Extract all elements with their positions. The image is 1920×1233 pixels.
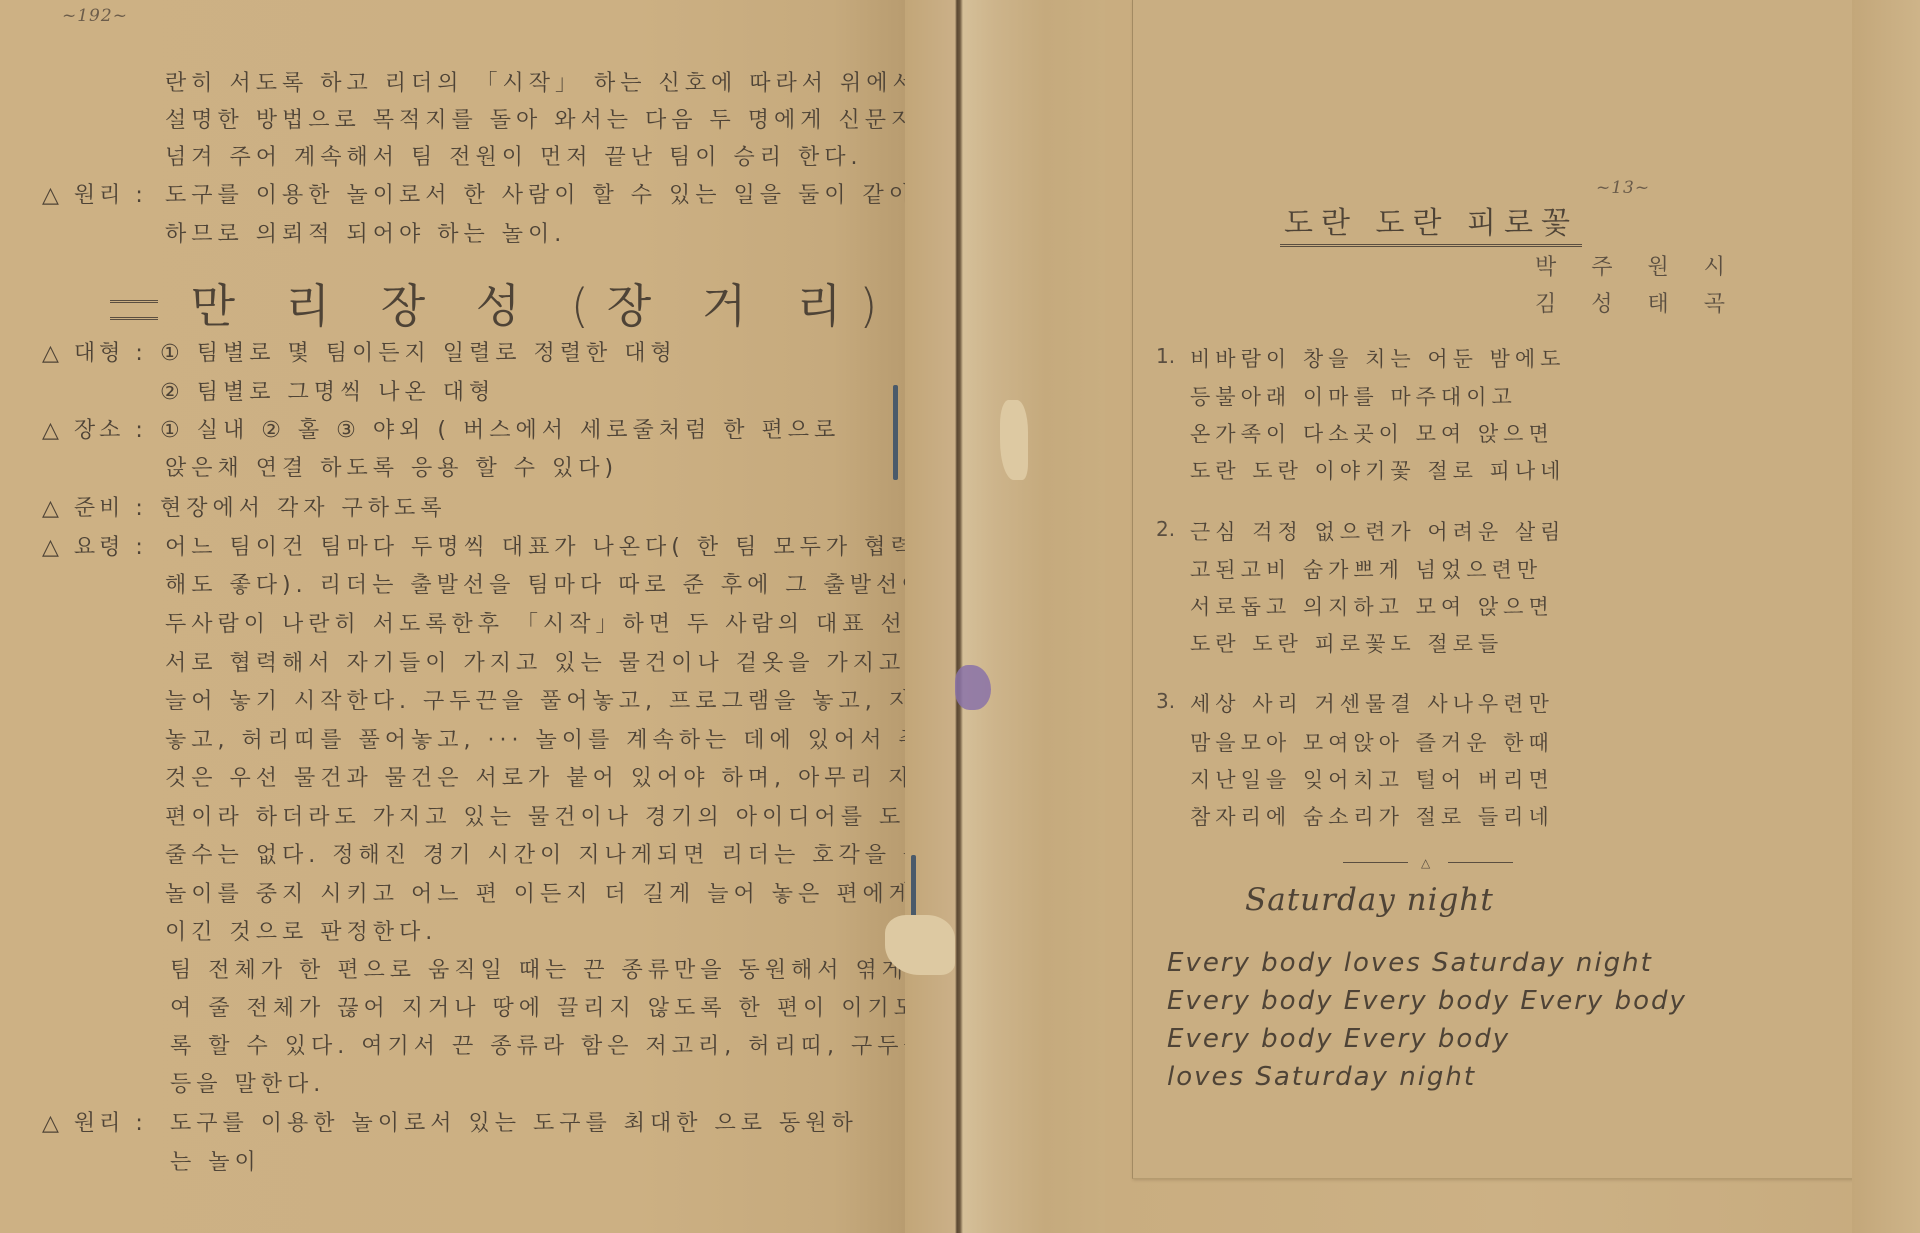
verse-number: 2. [1156,517,1175,541]
preparation-line: 현장에서 각자 구하도록 [160,491,447,522]
english-lyric-line: Every body Every body [1167,1024,1510,1054]
page-number-right: ~13~ [1596,178,1650,198]
intro-line: 란히 서도록 하고 리더의 「시작」 하는 신호에 따라서 위에서 [165,66,919,97]
verse-line: 지난일을 잊어치고 털어 버리면 [1190,764,1554,794]
page-number-left: ~192~ [62,6,128,26]
song-title: 도란 도란 피로꽃 [1280,198,1582,247]
method-line: 놀이를 중지 시키고 어느 편 이든지 더 길게 늘어 놓은 편에게 [165,877,915,908]
method-line: 늘어 놓기 시작한다. 구두끈을 풀어놓고, 프로그램을 놓고, 지갑을 [165,684,968,715]
binding-gutter [905,0,1105,1233]
verse-line: 도란 도란 이야기꽃 절로 피나네 [1190,455,1565,485]
principle-label: △ 원리 : [42,178,147,209]
composer-credit: 김 성 태 곡 [1535,287,1739,318]
formation-line: ① 팀별로 몇 팀이든지 일렬로 정렬한 대형 [160,336,677,367]
method-line: 어느 팀이건 팀마다 두명씩 대표가 나온다( 한 팀 모두가 협력 [165,530,917,561]
open-booklet-spread: ~192~ 란히 서도록 하고 리더의 「시작」 하는 신호에 따라서 위에서 … [0,0,1920,1233]
verse-line: 비바람이 창을 치는 어둔 밤에도 [1190,343,1565,373]
verse-line: 세상 사리 거센물결 사나우련만 [1190,688,1554,718]
verse-line: 근심 걱정 없으련가 어려운 살림 [1190,516,1565,546]
verse-number: 3. [1156,689,1175,713]
intro-line: 설명한 방법으로 목적지를 돌아 와서는 다음 두 명에게 신문지를 [165,103,944,134]
english-lyric-line: loves Saturday night [1167,1062,1476,1092]
method-line: 줄수는 없다. 정해진 경기 시간이 지나게되면 리더는 호각을 불어 [165,838,956,869]
method-label: △ 요령 : [42,530,147,561]
english-lyric-line: Every body loves Saturday night [1167,948,1653,978]
verse-line: 도란 도란 피로꽃도 절로들 [1190,628,1503,658]
principle-line: 도구를 이용한 놀이로서 한 사람이 할 수 있는 일을 둘이 같이 [165,178,915,209]
preparation-label: △ 준비 : [42,491,147,522]
formation-line: ② 팀별로 그명씩 나온 대형 [160,375,495,406]
english-lyric-line: Every body Every body Every body [1167,986,1687,1016]
divider-line [1343,862,1408,863]
section-divider: △ [1343,856,1513,868]
method-line: 해도 좋다). 리더는 출발선을 팀마다 따로 준 후에 그 출발선에 [165,568,929,599]
lyricist-credit: 박 주 원 시 [1535,250,1739,281]
triangle-icon: △ [1421,856,1430,870]
place-line: 앉은채 연결 하도록 응용 할 수 있다) [165,451,618,482]
method-line: 것은 우선 물건과 물건은 서로가 붙어 있어야 하며, 아무리 자기 [165,761,941,792]
english-song-title: Saturday night [1245,882,1494,918]
place-line: ① 실내 ② 홀 ③ 야외 ( 버스에서 세로줄처럼 한 편으로 [160,413,840,444]
verse-number: 1. [1156,344,1175,368]
verse-line: 참자리에 숨소리가 절로 들리네 [1190,801,1554,831]
method-para2-line: 등을 말한다. [170,1067,325,1098]
ink-stain [955,665,991,710]
verse-line: 고된고비 숨가쁘게 넘었으련만 [1190,554,1542,584]
principle-line: 하므로 의뢰적 되어야 하는 놀이. [165,217,566,248]
method-line: 서로 협력해서 자기들이 가지고 있는 물건이나 겉옷을 가지고 죽 [165,646,944,677]
paper-tear [1000,400,1028,480]
method-line: 놓고, 허리띠를 풀어놓고, ··· 놀이를 계속하는 데에 있어서 주의할 [165,723,977,754]
right-page-edge [1852,0,1920,1233]
method-line: 편이라 하더라도 가지고 있는 물건이나 경기의 아이디어를 도와 [165,800,932,831]
method-line: 이긴 것으로 판정한다. [165,915,437,946]
intro-line: 넘겨 주어 계속해서 팀 전원이 먼저 끝난 팀이 승리 한다. [165,140,862,171]
method-para2-line: 여 줄 전체가 끊어 지거나 땅에 끌리지 않도록 한 편이 이기도 [170,991,920,1022]
paper-tear [885,915,955,975]
verse-line: 등불아래 이마를 마주대이고 [1190,381,1517,411]
method-para2-line: 팀 전체가 한 편으로 움직일 때는 끈 종류만을 동원해서 엮게하 [170,953,934,984]
method-para2-line: 록 할 수 있다. 여기서 끈 종류라 함은 저고리, 허리띠, 구두끈 [170,1029,930,1060]
verse-line: 서로돕고 의지하고 모여 앉으면 [1190,591,1554,621]
verse-line: 온가족이 다소곳이 모여 앉으면 [1190,418,1554,448]
principle-line: 는 놀이 [170,1145,261,1176]
formation-label: △ 대형 : [42,336,147,367]
verse-line: 맘을모아 모여앉아 즐거운 한때 [1190,727,1554,757]
place-label: △ 장소 : [42,413,147,444]
principle-label: △ 원리 : [42,1106,147,1137]
staple-bottom [911,855,916,917]
principle-line: 도구를 이용한 놀이로서 있는 도구를 최대한 으로 동원하 [170,1106,858,1137]
staple-top [893,385,898,480]
divider-line [1448,862,1513,863]
left-page: ~192~ 란히 서도록 하고 리더의 「시작」 하는 신호에 따라서 위에서 … [0,0,905,1233]
title-decoration-left [110,300,158,320]
method-line: 두사람이 나란히 서도록한후 「시작」하면 두 사람의 대표 선수들은 [165,607,986,638]
